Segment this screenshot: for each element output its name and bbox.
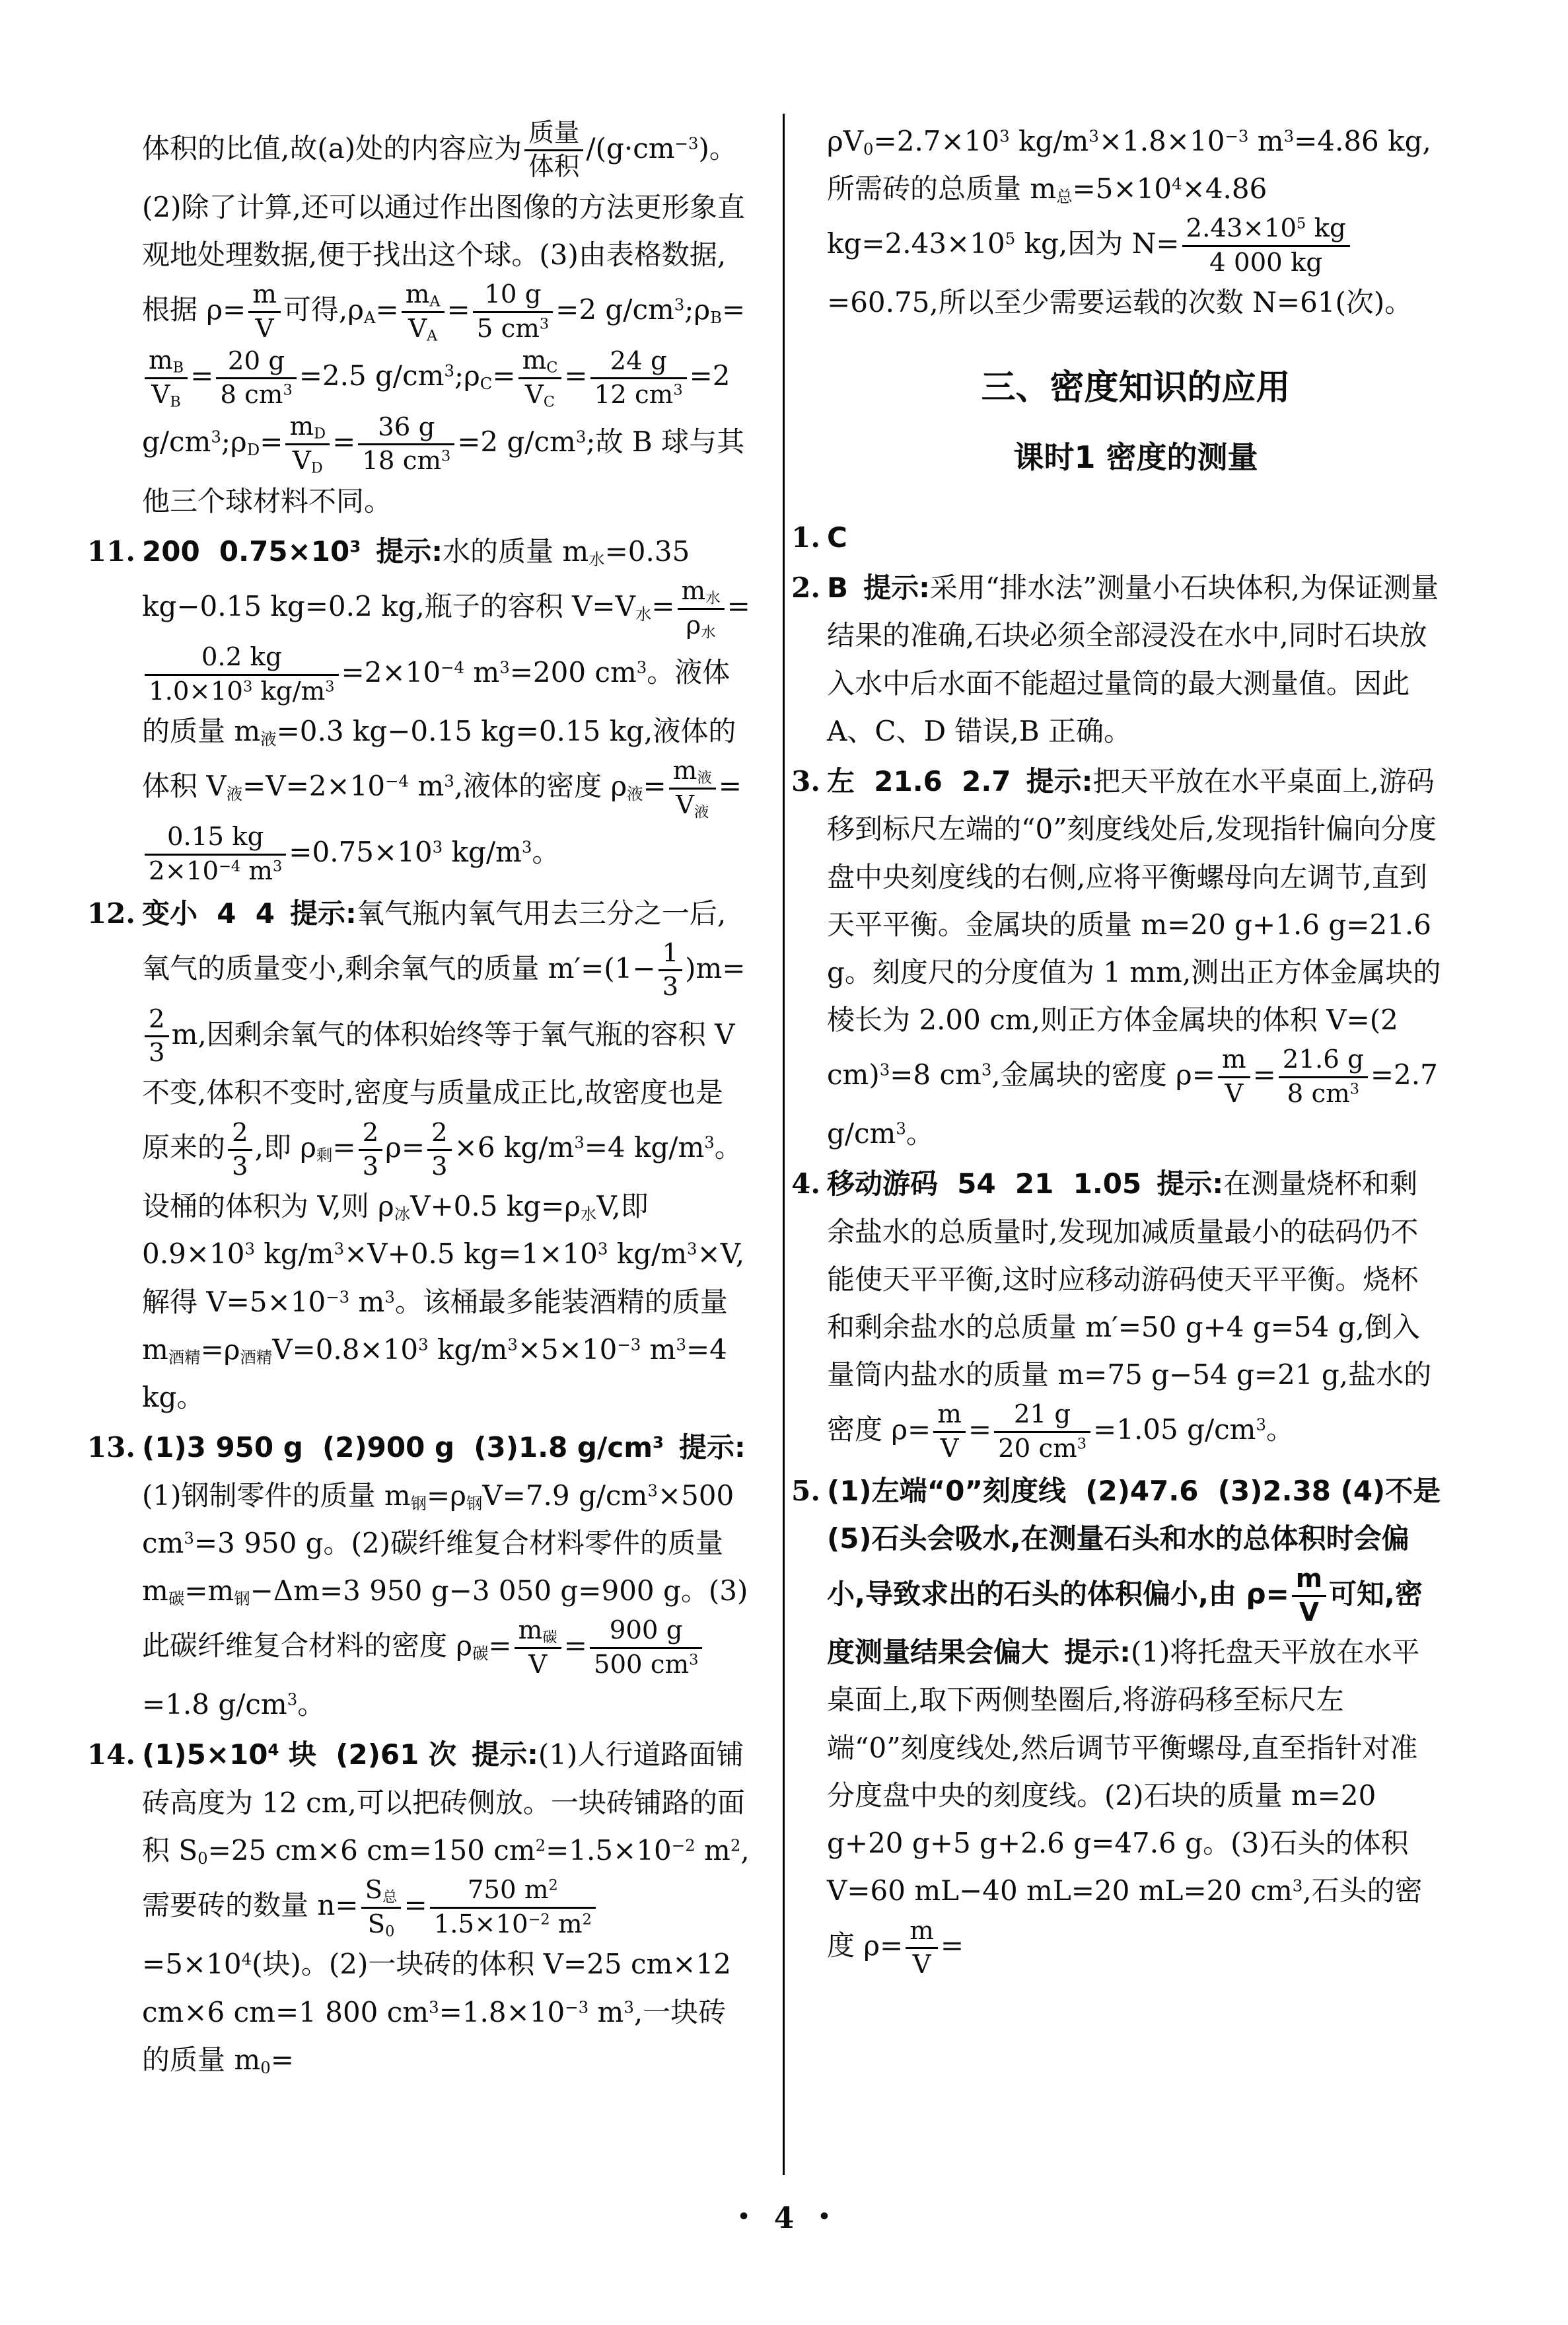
answer-item: 4.移动游码 54 21 1.05提示:在测量烧杯和剩余盐水的总质量时,发现加减… — [827, 1160, 1444, 1465]
fraction: mCVC — [518, 345, 562, 411]
hint-label: 提示: — [1157, 1167, 1223, 1200]
hint-text: (1)钢制零件的质量 m钢=ρ钢V=7.9 g/cm3×500 cm3=3 95… — [142, 1479, 748, 1721]
hint-label: 提示: — [679, 1431, 746, 1463]
fraction: mV — [248, 279, 281, 345]
fraction: 10 g5 cm3 — [473, 279, 553, 345]
fraction: 21.6 g8 cm3 — [1279, 1044, 1368, 1110]
footer-dot-right: • — [818, 2205, 830, 2229]
fraction: S总S0 — [361, 1874, 402, 1940]
answer-text: (1)3 950 g (2)900 g (3)1.8 g/cm3 — [142, 1431, 664, 1463]
hint-text: 把天平放在水平桌面上,游码移到标尺左端的“0”刻度线处后,发现指针偏向分度盘中央… — [827, 765, 1441, 1150]
fraction: 23 — [228, 1117, 252, 1183]
fraction: 24 g12 cm3 — [590, 346, 687, 412]
fraction: mV — [1292, 1563, 1326, 1629]
footer-dot-left: • — [738, 2205, 750, 2229]
hint-label: 提示: — [290, 897, 357, 930]
item-number: 12. — [87, 890, 142, 938]
fraction: 23 — [359, 1117, 383, 1183]
hint-label: 提示: — [1064, 1636, 1131, 1668]
answer-text: C — [827, 521, 847, 554]
answer-item: 3.左 21.6 2.7提示:把天平放在水平桌面上,游码移到标尺左端的“0”刻度… — [827, 758, 1444, 1158]
fraction: m碳V — [515, 1615, 561, 1681]
hint-text: 氧气瓶内氧气用去三分之一后,氧气的质量变小,剩余氧气的质量 m′=(1−13)m… — [142, 897, 746, 1413]
hint-text: (1)将托盘天平放在水平桌面上,取下两侧垫圈后,将游码移至标尺左端“0”刻度线处… — [827, 1636, 1423, 1962]
answer-text: (1)5×104 块 (2)61 次 — [142, 1738, 456, 1771]
answer-item: 2.B提示:采用“排水法”测量小石块体积,为保证测量结果的准确,石块必须全部浸没… — [827, 564, 1444, 755]
item-number: 2. — [791, 564, 827, 612]
hint-label: 提示: — [472, 1738, 538, 1771]
hint-label: 提示: — [863, 572, 930, 604]
fraction: 0.15 kg2×10−4 m3 — [145, 821, 286, 887]
answer-item: 13.(1)3 950 g (2)900 g (3)1.8 g/cm3提示:(1… — [142, 1424, 751, 1728]
fraction: m水ρ水 — [678, 575, 725, 642]
answer-text: 变小 4 4 — [142, 897, 275, 930]
continuation-paragraph: ρV0=2.7×103 kg/m3×1.8×10−3 m3=4.86 kg,所需… — [827, 118, 1444, 326]
fraction: mV — [906, 1915, 938, 1981]
fraction: 900 g500 cm3 — [590, 1615, 703, 1681]
item-number: 13. — [87, 1424, 142, 1471]
page-footer: •4• — [0, 2201, 1568, 2235]
item-number: 3. — [791, 758, 827, 805]
answer-text: 左 21.6 2.7 — [827, 765, 1011, 797]
fraction: 21 g20 cm3 — [994, 1399, 1090, 1465]
answer-text: B — [827, 572, 848, 604]
right-answer-list: 1.C2.B提示:采用“排水法”测量小石块体积,为保证测量结果的准确,石块必须全… — [827, 514, 1444, 1981]
item-number: 5. — [791, 1467, 827, 1515]
hint-text: (1)人行道路面铺砖高度为 12 cm,可以把砖侧放。一块砖铺路的面积 S0=2… — [142, 1738, 750, 2075]
fraction: 质量体积 — [524, 118, 583, 184]
fraction: mV — [1218, 1044, 1250, 1110]
fraction: 23 — [427, 1117, 452, 1183]
fraction: mBVB — [145, 345, 188, 411]
fraction: 750 m21.5×10−2 m2 — [430, 1874, 596, 1940]
lesson-subheading: 课时1 密度的测量 — [827, 439, 1444, 476]
fraction: 13 — [659, 938, 683, 1004]
fraction: m液V液 — [669, 755, 716, 821]
answer-item: 14.(1)5×104 块 (2)61 次提示:(1)人行道路面铺砖高度为 12… — [142, 1731, 751, 2084]
fraction: 20 g8 cm3 — [216, 346, 296, 412]
answer-text: 移动游码 54 21 1.05 — [827, 1167, 1141, 1200]
answer-text: 200 0.75×103 — [142, 535, 361, 568]
page-number: 4 — [774, 2201, 795, 2235]
answer-item: 1.C — [827, 514, 1444, 562]
left-column: 体积的比值,故(a)处的内容应为质量体积/(g·cm−3)。(2)除了计算,还可… — [142, 118, 751, 2084]
right-column: ρV0=2.7×103 kg/m3×1.8×10−3 m3=4.86 kg,所需… — [827, 118, 1444, 1981]
column-divider — [783, 114, 785, 2175]
item-number: 1. — [791, 514, 827, 562]
hint-label: 提示: — [1026, 765, 1093, 797]
hint-label: 提示: — [376, 535, 443, 568]
item-number: 14. — [87, 1731, 142, 1779]
fraction: mDVD — [285, 411, 330, 477]
hint-text: 在测量烧杯和剩余盐水的总质量时,发现加减质量最小的砝码仍不能使天平平衡,这时应移… — [827, 1167, 1431, 1446]
hint-text: 水的质量 m水=0.35 kg−0.15 kg=0.2 kg,瓶子的容积 V=V… — [142, 535, 750, 868]
fraction: 23 — [145, 1004, 169, 1070]
continuation-paragraph: 体积的比值,故(a)处的内容应为质量体积/(g·cm−3)。(2)除了计算,还可… — [142, 118, 751, 525]
fraction: 0.2 kg1.0×103 kg/m3 — [145, 642, 339, 708]
fraction: mAVA — [402, 279, 445, 345]
answer-item: 5.(1)左端“0”刻度线 (2)47.6 (3)2.38 (4)不是 (5)石… — [827, 1467, 1444, 1981]
item-number: 4. — [791, 1160, 827, 1208]
fraction: 2.43×105 kg4 000 kg — [1182, 213, 1350, 279]
answer-item: 11.200 0.75×103提示:水的质量 m水=0.35 kg−0.15 k… — [142, 528, 751, 887]
section-heading: 三、密度知识的应用 — [827, 367, 1444, 408]
item-number: 11. — [87, 528, 142, 575]
left-answer-list: 11.200 0.75×103提示:水的质量 m水=0.35 kg−0.15 k… — [142, 528, 751, 2084]
fraction: 36 g18 cm3 — [358, 412, 454, 478]
fraction: mV — [933, 1399, 966, 1465]
answer-item: 12.变小 4 4提示:氧气瓶内氧气用去三分之一后,氧气的质量变小,剩余氧气的质… — [142, 890, 751, 1421]
